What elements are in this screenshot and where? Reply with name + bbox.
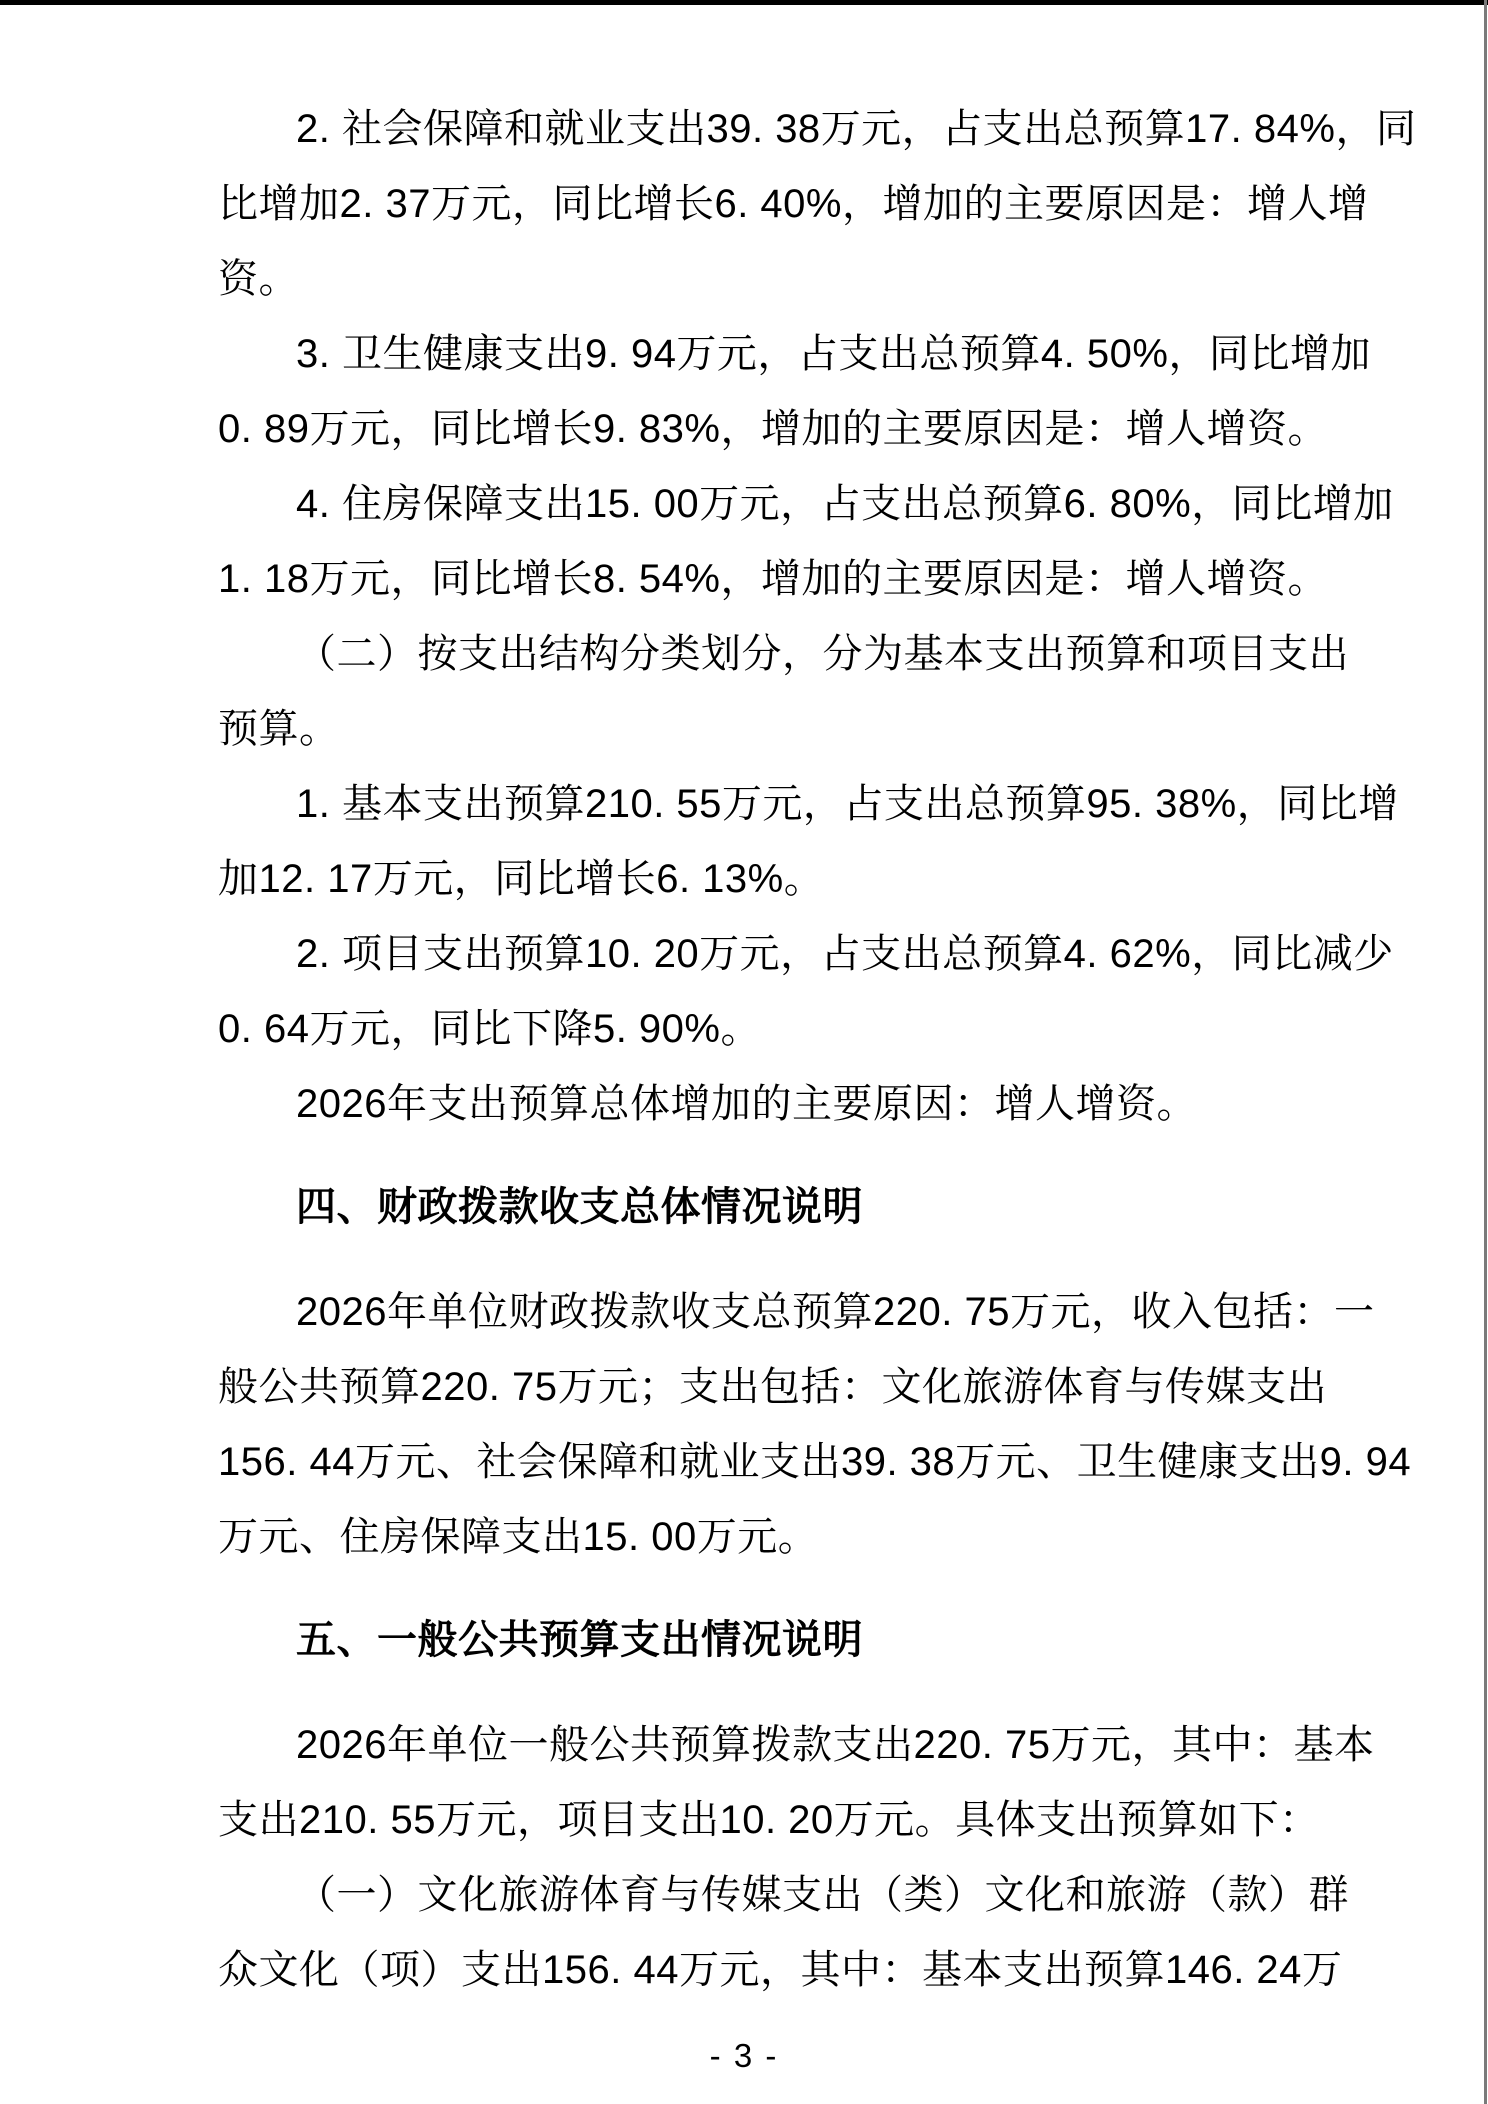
text-line: 2026年支出预算总体增加的主要原因：增人增资。 [218, 1067, 1288, 1142]
scan-top-bar [0, 0, 1488, 5]
text-line: 0. 64万元，同比下降5. 90%。 [218, 992, 1288, 1067]
text-line: 1. 18万元，同比增长8. 54%，增加的主要原因是：增人增资。 [218, 542, 1288, 617]
text-line: 2. 社会保障和就业支出39. 38万元，占支出总预算17. 84%，同 [218, 92, 1288, 167]
text-line: 1. 基本支出预算210. 55万元，占支出总预算95. 38%，同比增 [218, 767, 1288, 842]
text-line: 万元、住房保障支出15. 00万元。 [218, 1500, 1288, 1575]
text-line: 2026年单位财政拨款收支总预算220. 75万元，收入包括：一 [218, 1275, 1288, 1350]
document-body: 2. 社会保障和就业支出39. 38万元，占支出总预算17. 84%，同 比增加… [218, 92, 1288, 2008]
text-line: 156. 44万元、社会保障和就业支出39. 38万元、卫生健康支出9. 94 [218, 1425, 1288, 1500]
text-line: 0. 89万元，同比增长9. 83%，增加的主要原因是：增人增资。 [218, 392, 1288, 467]
document-page: 2. 社会保障和就业支出39. 38万元，占支出总预算17. 84%，同 比增加… [0, 0, 1488, 2104]
text-line: （二）按支出结构分类划分，分为基本支出预算和项目支出 [218, 617, 1288, 692]
text-line: 般公共预算220. 75万元；支出包括：文化旅游体育与传媒支出 [218, 1350, 1288, 1425]
text-line: 众文化（项）支出156. 44万元，其中：基本支出预算146. 24万 [218, 1933, 1288, 2008]
text-line: 比增加2. 37万元，同比增长6. 40%，增加的主要原因是：增人增 [218, 167, 1288, 242]
text-line: 2026年单位一般公共预算拨款支出220. 75万元，其中：基本 [218, 1708, 1288, 1783]
text-line: 加12. 17万元，同比增长6. 13%。 [218, 842, 1288, 917]
text-line: 支出210. 55万元，项目支出10. 20万元。具体支出预算如下： [218, 1783, 1288, 1858]
section-heading-5: 五、一般公共预算支出情况说明 [218, 1603, 1288, 1678]
text-line: 资。 [218, 242, 1288, 317]
page-number: - 3 - [0, 2036, 1488, 2076]
text-line: 4. 住房保障支出15. 00万元，占支出总预算6. 80%，同比增加 [218, 467, 1288, 542]
text-line: 预算。 [218, 692, 1288, 767]
scan-right-edge-line [1484, 0, 1487, 2104]
section-heading-4: 四、财政拨款收支总体情况说明 [218, 1170, 1288, 1245]
text-line: 3. 卫生健康支出9. 94万元，占支出总预算4. 50%，同比增加 [218, 317, 1288, 392]
text-line: （一）文化旅游体育与传媒支出（类）文化和旅游（款）群 [218, 1858, 1288, 1933]
text-line: 2. 项目支出预算10. 20万元，占支出总预算4. 62%，同比减少 [218, 917, 1288, 992]
